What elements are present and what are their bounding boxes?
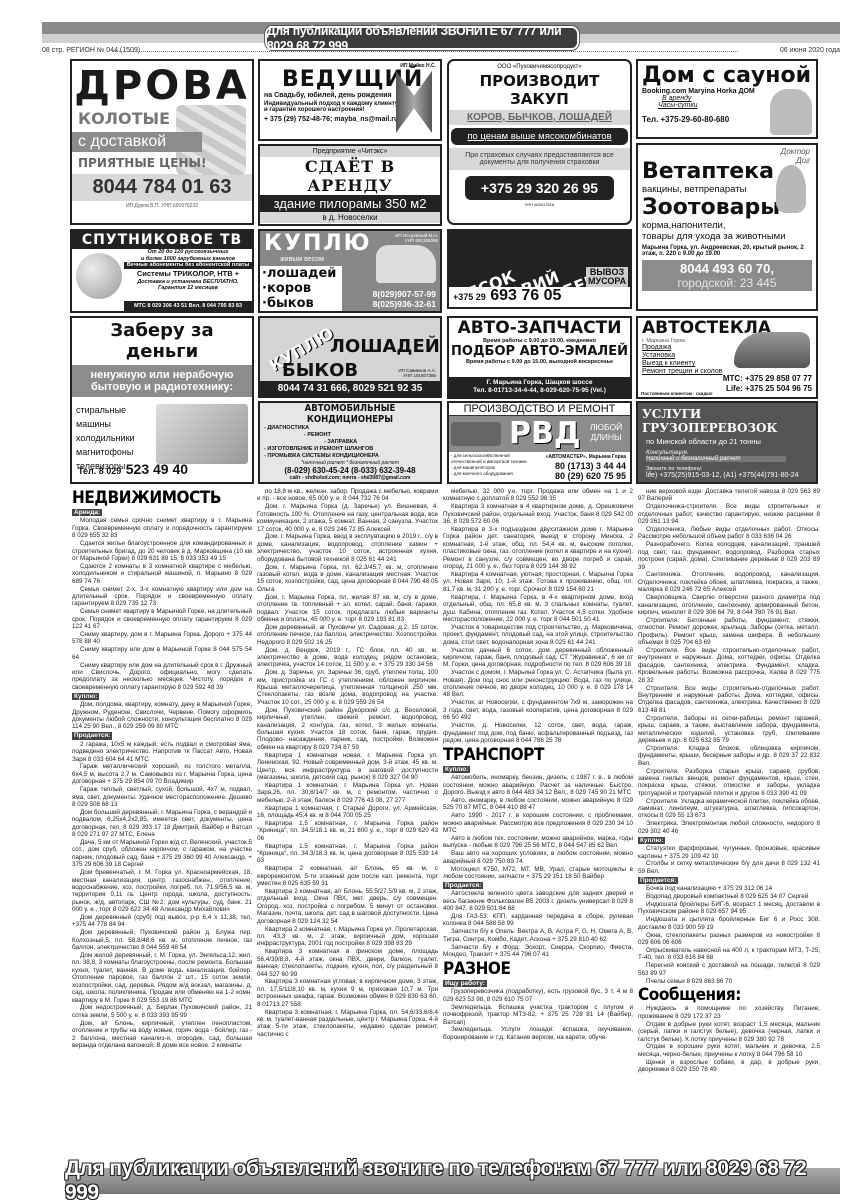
classified-ad: Сдается жилье благоустроенное для команд… [72, 540, 252, 562]
ad-avtozap[interactable]: АВТО-ЗАПЧАСТИ Время работы с 9.00 до 19.… [447, 316, 632, 399]
section-heading: Сообщения: [638, 985, 802, 1005]
ad-vet-brand: Доктор Дог [770, 147, 810, 165]
ad-zaberu-phone: 523 49 40 [126, 461, 188, 477]
subsection-heading: Продается: [72, 732, 112, 739]
classified-ad: Квартира 1,5 комнатная, г. Марьина Горка… [257, 820, 438, 842]
classified-ad: 2 гаража, 10х5 м каждый, есть подвал и с… [72, 741, 252, 763]
classified-ad: Строителя. Заборы из сетки-рабицы, ремон… [638, 715, 820, 745]
ad-kuplyu-item-2: ·коров [262, 281, 342, 296]
classified-ad: Дом, г. Марьина Горка, пл. жилая 87 кв. … [257, 594, 438, 624]
classified-ad: Столбы и сетку металлические б/у для дач… [638, 860, 820, 875]
issue-date: 06 июня 2020 года [780, 47, 840, 54]
ad-gruz-phone: life) +375(25)915-03-12, (A1) +375(44)79… [646, 472, 816, 479]
ad-pesok-phone-prefix: +375 29 [453, 292, 486, 302]
classified-ad: Молодая семья срочно снимет квартиру в г… [72, 517, 252, 539]
ad-loshadey-phone: 8044 74 31 666, 8029 521 92 35 [260, 381, 440, 396]
classified-ad: Квартира 1 комнатная, г. Старые Дороги, … [257, 805, 438, 820]
classified-ad: Участок дачный 6 соток, дом деревянный о… [443, 647, 633, 669]
classified-ad: Индюшата и цыплята бройлерные Биг 6 и Ро… [638, 916, 820, 931]
ad-avtozap-addr: Г. Марьина Горка, Шацков шоссе [449, 379, 630, 387]
ad-sputnik[interactable]: СПУТНИКОВОЕ ТВ От 20 до 120 русскоязычны… [70, 229, 254, 313]
classified-ad: Квартира 4 комнатная, уютная, просторная… [443, 571, 633, 593]
ad-vet-sub2: корма,напонители, [642, 220, 816, 231]
section-heading: ТРАНСПОРТ [443, 745, 614, 765]
classified-ad: Земледельца. Услуги лошади: вспашка, оку… [443, 1026, 633, 1041]
ad-vet-phone: 8044 493 60 70, [642, 261, 812, 276]
classifieds-column-3: мебелью, 32 000 у.е. торг. Продажа или о… [443, 488, 633, 1158]
classified-ad: Семья снимет квартиру в Марьиной Горке, … [72, 608, 252, 630]
ad-kondicioner-item-1: - ДИАГНОСТИКА [264, 425, 440, 432]
animals-image [376, 245, 436, 283]
ad-zakup-band: по ценам выше мясокомбинатов [451, 128, 628, 145]
ad-drova-phone: 8044 784 01 63 [72, 174, 252, 201]
classified-ad: Сантехника. Отопление, водопровод, канал… [638, 571, 820, 593]
ad-pesok[interactable]: ПЕСОК ГРАВИЙ ЩЕБЕНЬ ВЫВОЗ МУСОРА +375 29… [447, 229, 632, 309]
classified-ad: Сниму квартиру или дом на длительный сро… [72, 662, 252, 692]
ad-chitaks-phone: Тел. +375 29 655 29 93 [260, 224, 440, 226]
classified-ad: Разнорабочего. Копка колодцев, канализац… [638, 541, 820, 571]
classified-ad: Дача, 5 км от Марьиной Горки ж/д ст. Вел… [72, 839, 252, 869]
classified-ad: Квартира 3 комнатная, г. Марьина Горка, … [257, 1009, 438, 1039]
classified-ad: Авто 1990 - 2017 г. в хорошем состоянии,… [443, 812, 633, 834]
classifieds-column-2: по 18,8 м кв., железн. забор. Продажа с … [257, 488, 438, 1158]
ad-chitaks-place: в д. Новоселки [260, 212, 440, 223]
ad-zakup-note: УНП 600017618 [449, 202, 630, 207]
classified-ad: Земледельца. Вспашка участка трактором с… [443, 1004, 633, 1026]
ad-sauna[interactable]: Дом с сауной Booking.com Maryina Horka Д… [636, 59, 818, 139]
appliances-image [156, 404, 248, 464]
ad-kondicioner[interactable]: АВТОМОБИЛЬНЫЕ КОНДИЦИОНЕРЫ - ДИАГНОСТИКА… [258, 401, 442, 484]
classified-ad: Индюшата бройлеры БИГ-6, возраст 1 месяц… [638, 901, 820, 916]
ad-rvd-use-1: - для сельскохозяйственной отечественной… [451, 453, 531, 465]
ad-vet-addr: Марьина Горка, ул. Андреевская, 20, крыт… [642, 245, 812, 257]
ad-vet[interactable]: Доктор Дог Ветаптека вакцины, ветпрепара… [636, 143, 818, 311]
ad-vedushchiy-ip: ИП Мийко Н.С. [400, 63, 436, 69]
ad-chitaks-title: СДАЁТ В АРЕНДУ [260, 157, 440, 195]
ad-loshadey[interactable]: КУПЛЮ ЛОШАДЕЙ БЫКОВ ИП Савинков А.А. УНП… [258, 316, 442, 398]
ad-avtozap-phone: Тел. 8-01713-34-4-44, 8-029-620-75-95 (V… [449, 387, 630, 395]
ad-drova-note: ИП Дуров В.П. УНП 691076232 [72, 203, 252, 209]
ad-avtostekla-life: Life: +375 25 504 96 75 [723, 384, 812, 394]
ad-rvd-phone2: 80 (29) 620 75 95 [555, 471, 626, 481]
ad-loshadey-l3: БЫКОВ [282, 360, 358, 381]
ad-vedushchiy-title: ВЕДУЩИЙ [282, 67, 440, 92]
ad-loshadey-ip: ИП Савинков А.А. УНП 191807386 [396, 368, 436, 378]
classified-ad: Электрика. Электромонтаж любой сложности… [638, 820, 820, 835]
ad-zaberu-phone-prefix: Тел. 8 029 [78, 466, 121, 476]
subsection-heading: Куплю: [443, 766, 470, 773]
classified-ad: Дом больший деревянный, г. Марьина Горка… [72, 809, 252, 839]
classified-ad: Строителя. Все виды строительно-отделочн… [638, 647, 820, 684]
subsection-heading: Ищу работу: [443, 980, 487, 987]
classified-ad: Участок, д. Новоселки, 12 соток, свет, в… [443, 722, 633, 744]
ad-drova-sub1: КОЛОТЫЕ [78, 109, 252, 128]
ad-vedushchiy-phone: + 375 (29) 752-48-76; mayba_ns@mail.ru [264, 116, 440, 123]
subsection-heading: Куплю: [72, 693, 99, 700]
classified-ad: Гараж теплый, светлый, сухой, большой, 4… [72, 786, 252, 808]
section-heading: РАЗНОЕ [443, 959, 614, 979]
footer-banner: Для публикации объявлений звоните по тел… [65, 1168, 840, 1194]
ad-kuplyu-item-1: ·лошадей [262, 266, 342, 281]
classified-ad: Отделочника. Любые виды отделочных работ… [638, 526, 820, 541]
classified-ad: по 18,8 м кв., железн. забор. Продажа с … [257, 488, 438, 503]
ad-zaberu-item-1: стиральные машины [76, 403, 156, 431]
ad-rvd-sub: ЛЮБОЙ ДЛИНЫ [588, 422, 624, 442]
classified-ad: Квартира 1 комнатная, г. Марьина Горка у… [257, 782, 438, 804]
classified-ad: Дом, Пуховичский район Дукорский с/с д. … [257, 707, 438, 751]
classified-ad: Бочка под канализацию + 375 29 312 06 14 [638, 885, 820, 892]
classified-ad: Дом деревянный, Пуховичский район д. Блу… [72, 929, 252, 951]
ad-sputnik-l3: Вечные абонементы без абонентской платы [124, 262, 252, 269]
ad-avtozap-title: АВТО-ЗАПЧАСТИ [449, 318, 630, 338]
ad-sauna-title: Дом с сауной [642, 63, 816, 88]
classified-ad: Участок в товариществе под строительство… [443, 624, 633, 646]
header-banner: Для публикации объявлений ЗВОНИТЕ 67 777… [265, 26, 579, 50]
classified-ad: Строителя. Бетонные работы, фундамент, с… [638, 617, 820, 647]
classified-ad: Квартира 3 комнатная в 4 квартирном доме… [443, 503, 633, 525]
ad-drova[interactable]: ДРОВА КОЛОТЫЕ с доставкой ПРИЯТНЫЕ ЦЕНЫ!… [70, 59, 254, 225]
ad-zakup-sub: КОРОВ, БЫЧКОВ, ЛОШАДЕЙ [449, 110, 630, 125]
classified-ad: Квартира 2 комнатная, г. Марьина Горка у… [257, 926, 438, 948]
ad-rvd-title: ПРОИЗВОДСТВО И РЕМОНТ [449, 403, 630, 416]
ad-rvd[interactable]: ПРОИЗВОДСТВО И РЕМОНТ РВД ЛЮБОЙ ДЛИНЫ - … [447, 401, 632, 484]
ad-kondicioner-item-4: - ИЗГОТОВЛЕНИЕ И РЕМОНТ ШЛАНГОВ [264, 446, 440, 453]
ad-avtostekla-promo: Постоянным клиентам - скидка! [641, 391, 713, 396]
subsection-heading: Аренда: [72, 509, 102, 516]
ad-kuplyu-ip: ИП Островский М.Н. УНП 691338095 [392, 233, 438, 243]
ad-zaberu-item-2: холодильники [76, 431, 156, 445]
classified-ad: Отдам в добрые руки котят, возраст 1,5 м… [638, 1021, 820, 1043]
classified-ad: Дом деревянный, аг Пуховичи ул. Садовая,… [257, 624, 438, 646]
ad-pesok-phone: 693 76 05 [490, 287, 561, 304]
classified-ad: мебелью, 32 000 у.е. торг. Продажа или о… [443, 488, 633, 503]
ad-sputnik-l6: Гарантия 12 месяцев [124, 285, 252, 292]
ad-avtostekla-mts: МТС: +375 29 858 07 77 [723, 374, 812, 384]
classified-ad: Дом бревенчатый, г. М. Горка ул. Красноа… [72, 869, 252, 913]
ad-gruz-sub: по Минской области до 21 тонны [646, 437, 816, 446]
classified-ad: Отделочника-строителя. Все виды строител… [638, 503, 820, 525]
ad-rvd-big: РВД [509, 416, 581, 451]
ad-kondicioner-item-3: - ЗАПРАВКА [324, 439, 440, 446]
classified-ad: ние верховой езде. Доставка телегой наво… [638, 488, 820, 503]
classifieds-column-1: НЕДВИЖИМОСТЬАренда:Молодая семья срочно … [72, 488, 252, 1158]
classified-ad: Квартира 2 комнатная, а/г Блонь, 65 кв. … [257, 865, 438, 887]
classified-ad: Отдам в хорошие руки котят, мальчик и де… [638, 1043, 820, 1058]
hose-image [451, 422, 501, 446]
ad-zaberu-item-3: магнитофоны [76, 445, 156, 459]
classified-ad: Квартира 1 комнатная новая, г. Марьина Г… [257, 752, 438, 782]
ad-kondicioner-item-2: - РЕМОНТ [304, 432, 440, 439]
classified-ad: Строителя. Кладка блоков, облицовка кирп… [638, 745, 820, 767]
classified-ad: Строителя. Разборка старых крыш, сараев,… [638, 768, 820, 798]
classified-ad: Окна, стеклопакеты разных размеров из но… [638, 932, 820, 947]
ad-sputnik-l4: Системы ТРИКОЛОР, НТВ + [124, 269, 252, 279]
ad-zakup-text: При страховых случаях предоставляются вс… [449, 148, 630, 170]
ad-zaberu[interactable]: Заберу за деньги ненужную или нерабочую … [70, 316, 254, 484]
classified-ad: Дом, д. Заречье, ул. Заречье 36, сруб, у… [257, 669, 438, 706]
classified-ad: Гараж металлический хороший, из толстого… [72, 763, 252, 785]
ad-chitaks-band: здание пилорамы 350 м2 [260, 195, 440, 212]
ad-vet-sub3: товары для ухода за животными [642, 231, 816, 242]
classified-ad: Дом, г. Марьина Горка (д. Заречье) ул. В… [257, 503, 438, 533]
classified-ad: Грузоперевозчика (подработку), есть груз… [443, 988, 633, 1003]
classified-ad: Участок с домом, г. Марьина Горка ул. С.… [443, 669, 633, 699]
ad-kondicioner-title: АВТОМОБИЛЬНЫЕ КОНДИЦИОНЕРЫ [274, 403, 427, 425]
ad-zakup-title: ПРОИЗВОДИТ ЗАКУП [449, 72, 630, 108]
ad-drova-title: ДРОВА [72, 63, 252, 109]
classified-ad: Статуэтки фарфоровые, чугунные, бронзовы… [638, 845, 820, 860]
classified-ad: Сдаются 2 комнаты в 3 комнатной квартире… [72, 563, 252, 585]
classified-ad: Нуждаюсь в помощнике по хозяйству. Питан… [638, 1005, 820, 1020]
classified-ad: Ваш авто на хороших условиях, в любом со… [443, 850, 633, 865]
ad-avtostekla[interactable]: АВТОСТЕКЛА г. Марьина Горка Продажа Уста… [636, 316, 818, 399]
classified-ad: Дом, г. Марьина Горка, пл. 62.3/45.7 кв.… [257, 564, 438, 594]
ad-zakup-company: ООО «Пуховичимясопродукт» [449, 64, 630, 70]
classified-ad: Дом, полдома, квартиру, комнату, дачу в … [72, 701, 252, 731]
ad-sputnik-phone: МТС 8 029 306 43 51 Вел. 8 044 795 83 83 [124, 301, 252, 311]
ad-kuplyu-phone2: 8(025)936-32-61 [373, 299, 436, 309]
classified-ad: Пчелы семьи 8 029 863 86 70 [638, 978, 820, 985]
ad-zakup-phone: +375 29 320 26 95 [465, 176, 614, 200]
ad-gruz-l2: Наличный и безналичный расчет [646, 456, 786, 462]
classified-ad: Сниму квартиру, дом в г. Марьина Горка. … [72, 631, 252, 646]
section-heading: НЕДВИЖИМОСТЬ [72, 488, 234, 508]
classified-ad: Строителя. Все виды строительно-отделочн… [638, 685, 820, 715]
satellite-dish-image [76, 253, 122, 299]
classified-ad: Дом жилой деревянный, г. М. Горка, ул. Э… [72, 952, 252, 1004]
classified-ad: Опрыскиватель навесной на 400 л, к тракт… [638, 947, 820, 962]
classified-ad: Сверловщика. Сверлю отверстия разного ди… [638, 594, 820, 616]
sauna-man-image [770, 89, 812, 135]
ad-kuplyu[interactable]: КУПЛЮ ИП Островский М.Н. УНП 691338095 ж… [258, 229, 442, 313]
ad-avtozap-title2: ПОДБОР АВТО-ЭМАЛЕЙ [449, 344, 630, 359]
ad-kondicioner-site: сайт - shdholod.com; почта - shd3087@gma… [260, 475, 440, 481]
classified-ad: Автостекла зеленого цвета заводские для … [443, 890, 633, 912]
classified-ad: Авто в любом тех. состоянии, можно авари… [443, 835, 633, 850]
ad-gruz-title: УСЛУГИ ГРУЗОПЕРЕВОЗОК [642, 407, 816, 435]
header-dots [112, 51, 738, 52]
classified-ad: Щенки и взрослые собаки, в дар, в добрые… [638, 1059, 820, 1074]
classified-ad: Квартира в 3-х подъездном двухэтажном до… [443, 526, 633, 570]
classifieds-column-4: ние верховой езде. Доставка телегой наво… [638, 488, 820, 1158]
ad-chitaks-company: Предприятие «Читэкс» [260, 146, 440, 157]
ad-drova-sub2: с доставкой [72, 132, 202, 152]
classified-ad: Квартира 1.5 комнатная, г. Марьина Горка… [257, 843, 438, 865]
classified-ad: Дом, д. Вендеж, 2019 г., ГС блок, пл. 40… [257, 647, 438, 669]
classified-ad: Квартира, г. Марьина Горка, в 4-х кварти… [443, 594, 633, 624]
ad-loshadey-l2: ЛОШАДЕЙ [330, 336, 440, 357]
subsection-heading: Продается: [638, 877, 678, 884]
ad-rvd-use-3: - для моечного оборудования [451, 471, 531, 477]
classified-ad: Дом, г. Марьина Горка, ввод в эксплуатац… [257, 533, 438, 563]
classified-ad: Участок, аг Новоселки, с фундаментом 7х9… [443, 699, 633, 721]
classified-ad: Квартира 3 комнатная угловая, в кирпично… [257, 978, 438, 1008]
classified-ad: Мотоцикл К750, М72, МТ, МВ, Урал, старые… [443, 866, 633, 881]
ad-kuplyu-phone1: 8(029)907-57-99 [373, 289, 436, 299]
classified-ad: Запчасти б/у к Опель: Вектра А, В, Астра… [443, 928, 633, 943]
ad-vet-phones: 8044 493 60 70, городской: 23 445 [642, 260, 812, 291]
classified-ad: Дом деревянный (сруб) под вывоз, р-р 6,4… [72, 914, 252, 929]
car-image [734, 332, 810, 368]
ad-kondicioner-item-5: - ПРОМЫВКА СИСТЕМЫ КОНДИЦИОНЕРА [264, 453, 440, 460]
ad-kuplyu-item-3: ·быков [262, 296, 342, 311]
classified-ad: Авто, иномарку, в любом состоянии, можно… [443, 797, 633, 812]
classified-ad: Водопад дворовый компактный 8 029 625 34… [638, 893, 820, 900]
classified-ad: Дом, а/г Блонь, кирпичный, утеплен пеноп… [72, 1020, 252, 1050]
ad-drova-sub3: ПРИЯТНЫЕ ЦЕНЫ! [78, 156, 246, 170]
classified-ad: Для ГАЗ-53: КПП, карданная передача в сб… [443, 913, 633, 928]
ad-vedushchiy[interactable]: ИП Мийко Н.С. ВЕДУЩИЙ на Свадьбу, юбилей… [258, 59, 442, 141]
ad-zakup[interactable]: ООО «Пуховичимясопродукт» ПРОИЗВОДИТ ЗАК… [447, 59, 632, 225]
ad-gruz[interactable]: УСЛУГИ ГРУЗОПЕРЕВОЗОК по Минской области… [636, 401, 818, 484]
ad-pesok-vyvoz: ВЫВОЗ МУСОРА [586, 267, 628, 287]
classified-ad: Автомобиль, иномарку, бензин, дизель, с … [443, 774, 633, 796]
classified-ad: Дом недостроенный, д. Берлак Пуховичский… [72, 1004, 252, 1019]
subsection-heading: Продается: [443, 882, 483, 889]
ad-avtozap-hours2: Время работы с 9.00 до 15.00, выходной в… [449, 359, 630, 365]
ad-rvd-company: «АВТОМАСТЕР», Марьина Горка [546, 454, 626, 460]
classified-ad: Квартира 2 комнатная, а/г Блонь, 55.5/27… [257, 888, 438, 925]
subsection-heading: Куплю: [638, 837, 665, 844]
ad-vet-phone2: городской: 23 445 [642, 276, 812, 290]
ad-kondicioner-phone: (8-029) 630-45-24 (8-033) 632-39-48 [260, 466, 440, 475]
classified-ad: Перегной конский с доставкой на лошади, … [638, 962, 820, 977]
classified-ad: Строителя. Укладка керамической плитки, … [638, 798, 820, 820]
doctor-dog-image [776, 165, 806, 213]
ad-rvd-phone1: 80 (1713) 3 44 44 [555, 461, 626, 471]
ad-sputnik-title: СПУТНИКОВОЕ ТВ [72, 231, 252, 249]
ad-zaberu-band: ненужную или нерабочую бытовую и радиоте… [72, 365, 252, 397]
classified-ad: Квартира 3 комнатная в финском доме, пло… [257, 948, 438, 978]
classified-ad: Семья снимет 2-х, 3-х комнатную квартиру… [72, 586, 252, 608]
classified-ad: Запчасти б/у к Форд: Эскорт, Сиерра, Ско… [443, 944, 633, 959]
ad-chitaks[interactable]: Предприятие «Читэкс» СДАЁТ В АРЕНДУ здан… [258, 144, 442, 226]
ad-zaberu-title: Заберу за деньги [72, 320, 252, 362]
classified-ad: Сниму квартиру или дом в Марьиной Горке … [72, 646, 252, 661]
